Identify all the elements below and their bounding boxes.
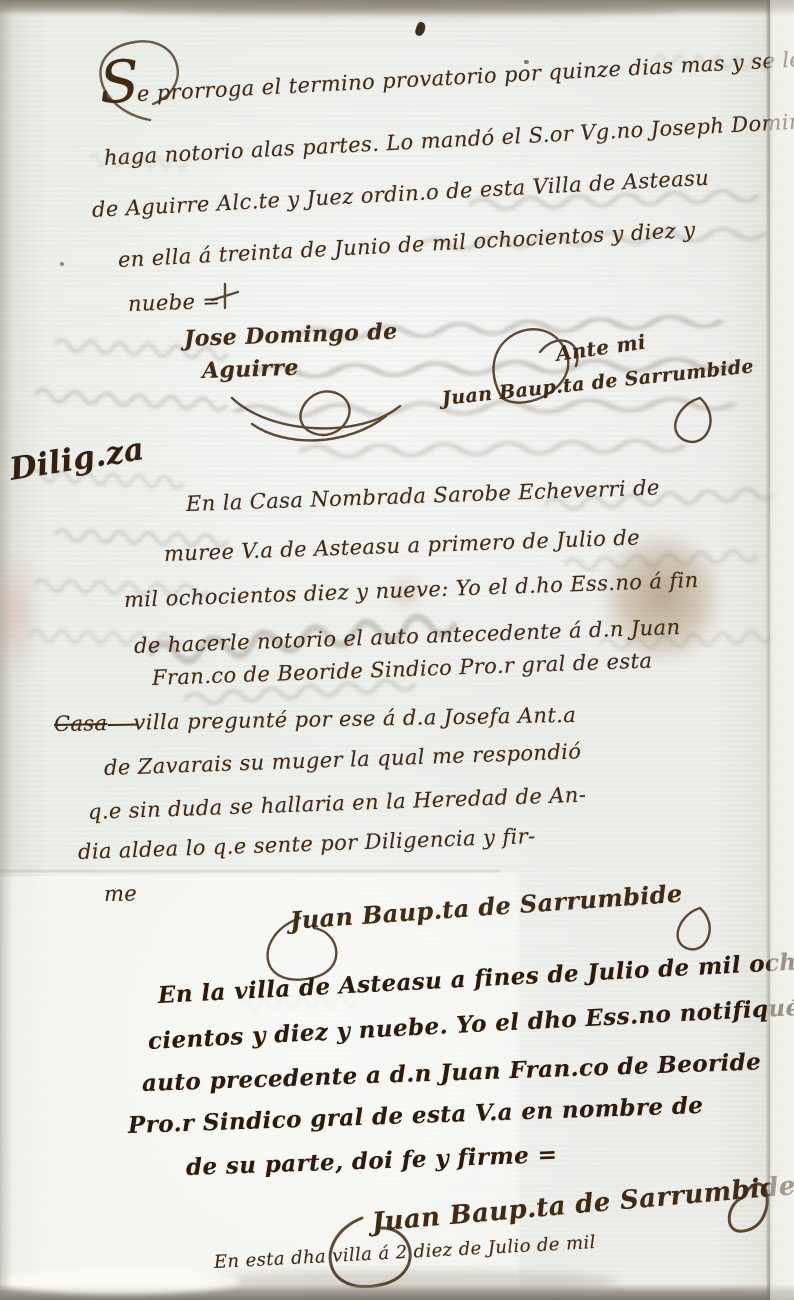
ink-speck	[60, 262, 64, 266]
scan-edge-top-shadow	[120, 6, 680, 16]
manuscript-page: Se prorroga el termino provatorio por qu…	[0, 0, 794, 1300]
signature-notary-name: Juan Baup.ta de Sarrumbide	[441, 355, 755, 410]
decree-line: de Aguirre Alc.te y Juez ordin.o de esta…	[91, 166, 709, 222]
decree-line: en ella á treinta de Junio de mil ochoci…	[117, 218, 696, 272]
scan-edge-right	[770, 0, 794, 1300]
diligencia-line: de Zavarais su muger la qual me respondi…	[104, 739, 582, 780]
diligencia-line-with-strikeout: Casavilla pregunté por ese á d.a Josefa …	[54, 703, 577, 736]
diligencia-line: En la Casa Nombrada Sarobe Echeverri de	[186, 475, 661, 516]
struck-word: Casa	[54, 711, 108, 736]
diligencia-line-text: villa pregunté por ese á d.a Josefa Ant.…	[133, 703, 576, 735]
signature-judge-surname: Aguirre	[202, 355, 300, 384]
paper-crease	[0, 870, 500, 872]
diligencia-line: me	[104, 881, 138, 906]
decree-line: nuebe =	[128, 289, 221, 316]
margin-note-diligencia: Dilig.za	[7, 431, 147, 488]
decree-line: Se prorroga el termino provatorio por qu…	[99, 41, 794, 108]
ante-mi-label: Ante mi	[554, 330, 647, 366]
diligencia-line: muree V.a de Asteasu a primero de Julio …	[164, 525, 641, 566]
ink-speck	[414, 21, 427, 37]
scan-edge-left	[0, 0, 12, 1300]
decree-line: haga notorio alas partes. Lo mandó el S.…	[103, 108, 794, 170]
diligencia-line: mil ochocientos diez y nueve: Yo el d.ho…	[124, 568, 699, 612]
signature-judge-name: Jose Domingo de	[184, 319, 398, 352]
diligencia-line: q.e sin duda se hallaria en la Heredad d…	[88, 783, 587, 824]
paper-tear-bottom-left	[0, 1268, 240, 1294]
diligencia-line: dia aldea lo q.e sente por Diligencia y …	[78, 824, 536, 864]
